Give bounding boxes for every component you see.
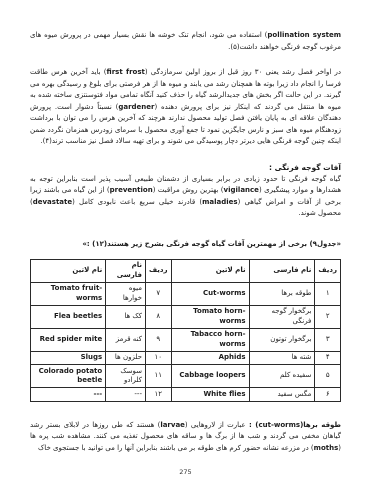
table-cell: ۹ xyxy=(145,328,171,351)
page-number: 275 xyxy=(30,468,341,476)
table-cell: ۳ xyxy=(315,328,341,351)
table-cell: --- xyxy=(31,388,106,402)
table-cell: ۱۲ xyxy=(145,388,171,402)
table-caption: «جدول۹) برخی از مهمترین آفات گیاه گوجه ف… xyxy=(30,239,341,250)
table-row: ۵ سفیده کلم Cabbage loopers ۱۱ سوسک کلرا… xyxy=(31,365,341,388)
table-cell: Flea beetles xyxy=(31,305,106,328)
table-cell: میوه خوارها xyxy=(106,282,146,305)
table-row: ۶ مگس سفید White flies ۱۲ --- --- xyxy=(31,388,341,402)
table-row: ۳ برگخوار توتون Tabacco horn-worms ۹ کنه… xyxy=(31,328,341,351)
header-persian-name-right: نام فارسی xyxy=(249,259,315,282)
table-cell: طوقه برها xyxy=(249,282,315,305)
table-cell: ۱۱ xyxy=(145,365,171,388)
table-cell: Slugs xyxy=(31,351,106,365)
table-cell: Cut-worms xyxy=(171,282,249,305)
table-cell: شته ها xyxy=(249,351,315,365)
table-cell: Cabbage loopers xyxy=(171,365,249,388)
table-cell: Tomato horn-worms xyxy=(171,305,249,328)
paragraph-cutworms: طوقه برها(cut-worms) : عبارت از لاروهایی… xyxy=(30,420,341,455)
table-cell: سفیده کلم xyxy=(249,365,315,388)
table-cell: سوسک کلرادو xyxy=(106,365,146,388)
table-cell: ۱ xyxy=(315,282,341,305)
header-row-number-left: ردیف xyxy=(145,259,171,282)
pests-heading: آفات گوجه فرنگی : xyxy=(30,162,341,174)
table-cell: Tabacco horn-worms xyxy=(171,328,249,351)
table-cell: ۴ xyxy=(315,351,341,365)
table-cell: ۶ xyxy=(315,388,341,402)
table-row: ۲ برگخوار گوجه فرنگی Tomato horn-worms ۸… xyxy=(31,305,341,328)
table-cell: --- xyxy=(106,388,146,402)
table-cell: ۷ xyxy=(145,282,171,305)
table-cell: Red spider mite xyxy=(31,328,106,351)
header-latin-name-left: نام لاتین xyxy=(31,259,106,282)
header-latin-name-right: نام لاتین xyxy=(171,259,249,282)
table-cell: مگس سفید xyxy=(249,388,315,402)
table-cell: برگخوار گوجه فرنگی xyxy=(249,305,315,328)
table-cell: ۸ xyxy=(145,305,171,328)
paragraph-pollination: pollination system) استفاده می شود، انجا… xyxy=(30,30,341,53)
document-page: pollination system) استفاده می شود، انجا… xyxy=(0,0,370,480)
table-row: ۴ شته ها Aphids ۱۰ حلزون ها Slugs xyxy=(31,351,341,365)
header-persian-name-left: نام فارسی xyxy=(106,259,146,282)
paragraph-pests-intro: گیاه گوجه فرنگی تا حدود زیادی در برابر ب… xyxy=(30,174,341,220)
table-cell: برگخوار توتون xyxy=(249,328,315,351)
table-cell: حلزون ها xyxy=(106,351,146,365)
table-cell: ۲ xyxy=(315,305,341,328)
table-cell: Tomato fruit-worms xyxy=(31,282,106,305)
table-cell: Aphids xyxy=(171,351,249,365)
table-cell: Colorado potato beetle xyxy=(31,365,106,388)
table-cell: White flies xyxy=(171,388,249,402)
table-cell: کنه قرمز xyxy=(106,328,146,351)
table-cell: کک ها xyxy=(106,305,146,328)
table-cell: ۵ xyxy=(315,365,341,388)
paragraph-pruning: در اواخر فصل رشد یعنی ۳۰ روز قبل از بروز… xyxy=(30,67,341,148)
pests-table: ردیف نام فارسی نام لاتین ردیف نام فارسی … xyxy=(30,259,341,402)
header-row-number-right: ردیف xyxy=(315,259,341,282)
table-cell: ۱۰ xyxy=(145,351,171,365)
table-row: ۱ طوقه برها Cut-worms ۷ میوه خوارها Toma… xyxy=(31,282,341,305)
table-header-row: ردیف نام فارسی نام لاتین ردیف نام فارسی … xyxy=(31,259,341,282)
